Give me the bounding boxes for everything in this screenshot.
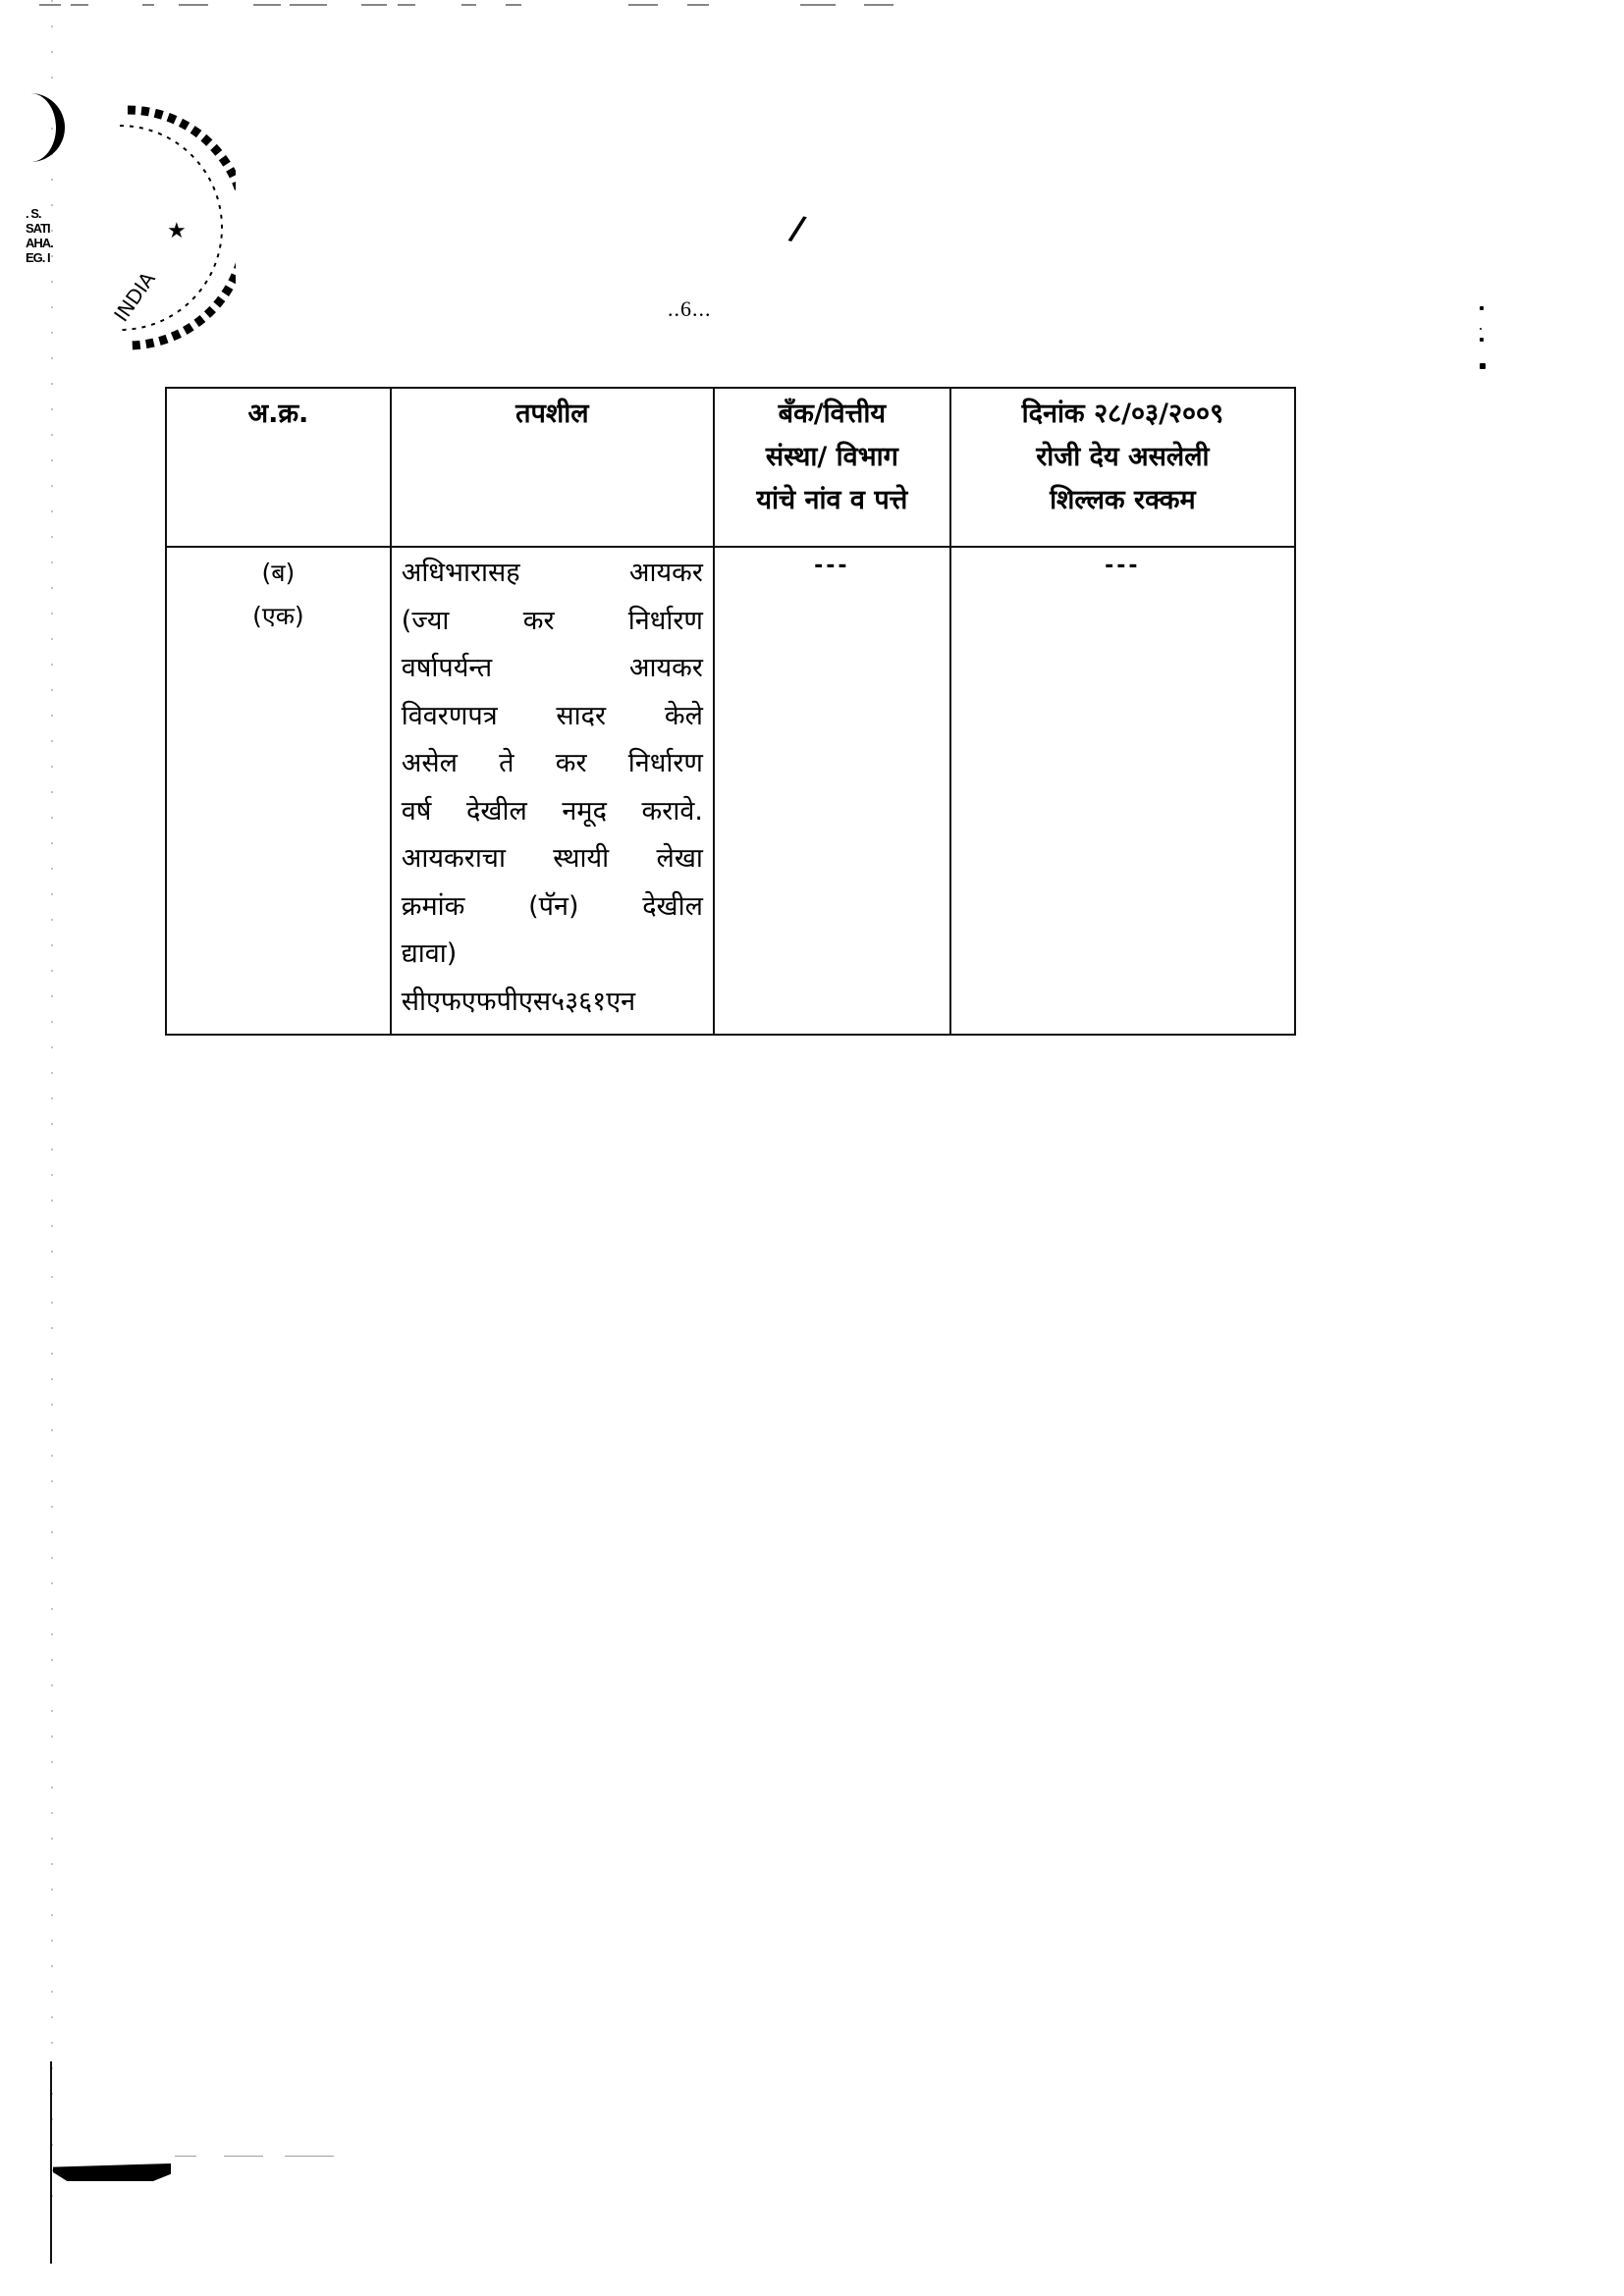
header-bank-institution: बँक/वित्तीय संस्था/ विभाग यांचे नांव व प… xyxy=(714,388,950,547)
liabilities-table: अ.क्र. तपशील बँक/वित्तीय संस्था/ विभाग य… xyxy=(165,387,1296,1036)
page-number: ..6... xyxy=(668,296,712,322)
table-row: (ब) (एक) अधिभारासह आयकर (ज्या कर निर्धार… xyxy=(166,547,1295,1035)
header-details: तपशील xyxy=(391,388,714,547)
svg-text:INDIA: INDIA xyxy=(109,267,160,326)
round-seal-stamp: ★ INDIA xyxy=(0,90,236,365)
header-serial-no: अ.क्र. xyxy=(166,388,391,547)
scan-edge-marks xyxy=(0,0,1624,14)
scan-edge-line xyxy=(50,2061,52,2264)
cell-bank-details: --- xyxy=(714,547,950,1035)
scan-faint-mark xyxy=(285,2156,334,2157)
cell-balance-amount: --- xyxy=(950,547,1295,1035)
header-balance-amount: दिनांक २८/०३/२००९ रोजी देय असलेली शिल्लक… xyxy=(950,388,1295,547)
scan-faint-mark xyxy=(175,2156,196,2157)
scan-speckle xyxy=(1478,306,1488,375)
cell-details: अधिभारासह आयकर (ज्या कर निर्धारण वर्षापर… xyxy=(391,547,714,1035)
table-header-row: अ.क्र. तपशील बँक/वित्तीय संस्था/ विभाग य… xyxy=(166,388,1295,547)
scan-smudge xyxy=(53,2163,171,2181)
star-icon: ★ xyxy=(167,219,187,243)
handwritten-tick: / xyxy=(786,208,808,249)
scan-faint-mark xyxy=(224,2156,263,2157)
cell-serial-no: (ब) (एक) xyxy=(166,547,391,1035)
pan-number: सीएफएफपीएस५३६१एन xyxy=(402,979,703,1027)
